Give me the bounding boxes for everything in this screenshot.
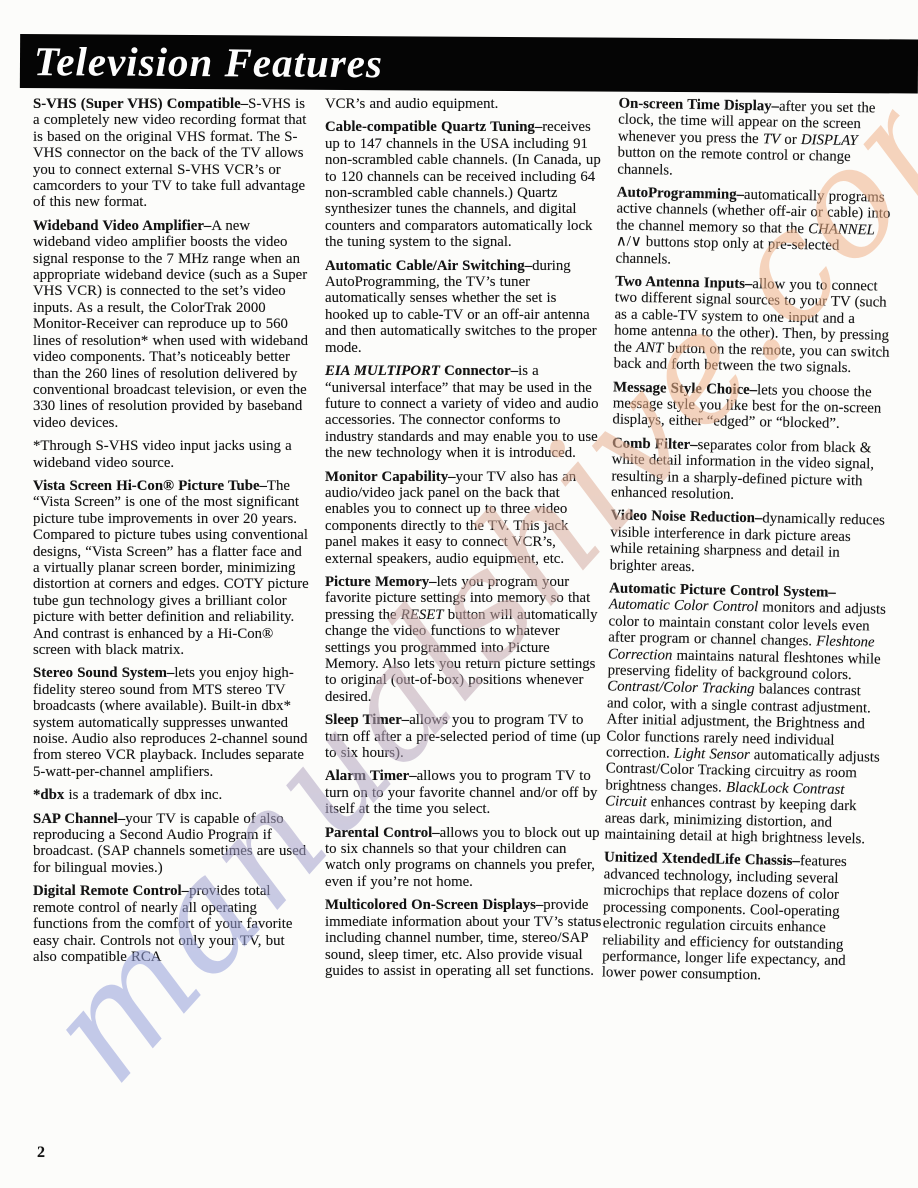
feature-text: or <box>780 131 801 147</box>
feature-text: The “Vista Screen” is one of the most si… <box>33 478 309 658</box>
feature-heading: Connector– <box>444 363 518 379</box>
feature-heading: Stereo Sound System– <box>33 665 174 681</box>
paragraph: Picture Memory–lets you program your fav… <box>325 574 602 705</box>
feature-text: features advanced technology, including … <box>602 854 847 984</box>
feature-text: *Through S-VHS video input jacks using a… <box>33 438 292 470</box>
paragraph: Wideband Video Amplifier–A new wideband … <box>33 218 310 431</box>
feature-text: lets you enjoy high-fidelity stereo soun… <box>33 665 308 779</box>
paragraph: SAP Channel–your TV is capable of also r… <box>33 811 310 877</box>
feature-text: receives up to 147 channels in the USA i… <box>325 119 601 250</box>
text-columns: S-VHS (Super VHS) Compatible–S-VHS is a … <box>33 96 895 989</box>
feature-text: is a trademark of dbx inc. <box>64 787 222 803</box>
paragraph: Vista Screen Hi-Con® Picture Tube–The “V… <box>33 478 310 658</box>
page-number: 2 <box>37 1144 45 1162</box>
paragraph: AutoProgramming–automatically programs a… <box>615 184 894 271</box>
paragraph: Monitor Capability–your TV also has an a… <box>325 469 602 567</box>
paragraph: On-screen Time Display–after you set the… <box>617 95 896 182</box>
feature-text: button on the remote control or change c… <box>617 145 851 178</box>
paragraph: Multicolored On-Screen Displays–provide … <box>325 897 602 979</box>
paragraph: Two Antenna Inputs–allow you to connect … <box>613 274 892 378</box>
manual-page: Television Features S-VHS (Super VHS) Co… <box>0 0 918 1188</box>
paragraph: Cable-compatible Quartz Tuning–receives … <box>325 119 602 250</box>
paragraph: *Through S-VHS video input jacks using a… <box>33 438 310 471</box>
paragraph: S-VHS (Super VHS) Compatible–S-VHS is a … <box>33 96 310 211</box>
feature-heading: Multicolored On-Screen Displays– <box>325 897 543 913</box>
feature-heading: Comb Filter– <box>612 435 698 453</box>
feature-text: ∧/∨ buttons stop only at pre-selected ch… <box>615 234 839 267</box>
feature-heading: S-VHS (Super VHS) Compatible– <box>33 96 248 112</box>
feature-heading: Parental Control– <box>325 825 440 841</box>
feature-heading: EIA MULTIPORT <box>325 363 444 379</box>
paragraph: EIA MULTIPORT Connector–is a “universal … <box>325 363 602 461</box>
paragraph: Digital Remote Control–provides total re… <box>33 883 310 965</box>
feature-heading: Alarm Timer– <box>325 768 417 784</box>
feature-text: S-VHS is a completely new video recordin… <box>33 96 306 210</box>
column-left: S-VHS (Super VHS) Compatible–S-VHS is a … <box>33 96 310 989</box>
paragraph: Message Style Choice–lets you choose the… <box>612 379 890 434</box>
paragraph: Sleep Timer–allows you to program TV to … <box>325 712 602 761</box>
paragraph: Automatic Cable/Air Switching–during Aut… <box>325 258 602 356</box>
section-title-bar: Television Features <box>20 34 918 93</box>
feature-text: Light Sensor <box>674 746 750 763</box>
feature-text: A new wideband video amplifier boosts th… <box>33 218 308 431</box>
feature-heading: *dbx <box>33 787 64 803</box>
feature-heading: Automatic Cable/Air Switching– <box>325 258 532 274</box>
feature-text: TV <box>763 131 781 147</box>
feature-heading: Vista Screen Hi-Con® Picture Tube– <box>33 478 267 494</box>
paragraph: Alarm Timer–allows you to program TV to … <box>325 768 602 817</box>
feature-heading: AutoProgramming– <box>617 184 744 202</box>
feature-heading: SAP Channel– <box>33 811 125 827</box>
feature-text: VCR’s and audio equipment. <box>325 96 498 112</box>
feature-heading: Monitor Capability– <box>325 469 456 485</box>
column-middle: VCR’s and audio equipment.Cable-compatib… <box>325 96 602 989</box>
feature-text: CHANNEL <box>808 221 875 238</box>
page-title: Television Features <box>20 37 383 87</box>
paragraph: Comb Filter–separates color from black &… <box>611 435 889 506</box>
paragraph: Parental Control–allows you to block out… <box>325 825 602 891</box>
feature-heading: Cable-compatible Quartz Tuning– <box>325 119 542 135</box>
paragraph: Video Noise Reduction–dynamically reduce… <box>610 508 888 579</box>
feature-text: DISPLAY <box>801 132 858 149</box>
paragraph: VCR’s and audio equipment. <box>325 96 602 112</box>
column-right: On-screen Time Display–after you set the… <box>602 95 896 993</box>
feature-heading: Digital Remote Control– <box>33 883 189 899</box>
feature-text: ANT <box>636 340 663 357</box>
paragraph: Automatic Picture Control System–Automat… <box>604 580 886 848</box>
paragraph: Stereo Sound System–lets you enjoy high-… <box>33 665 310 780</box>
paragraph: Unitized XtendedLife Chassis–features ad… <box>602 850 881 987</box>
feature-heading: Wideband Video Amplifier– <box>33 218 211 234</box>
feature-text: RESET <box>401 607 444 623</box>
feature-heading: Sleep Timer– <box>325 712 409 728</box>
feature-heading: Picture Memory– <box>325 574 437 590</box>
paragraph: *dbx is a trademark of dbx inc. <box>33 787 310 803</box>
